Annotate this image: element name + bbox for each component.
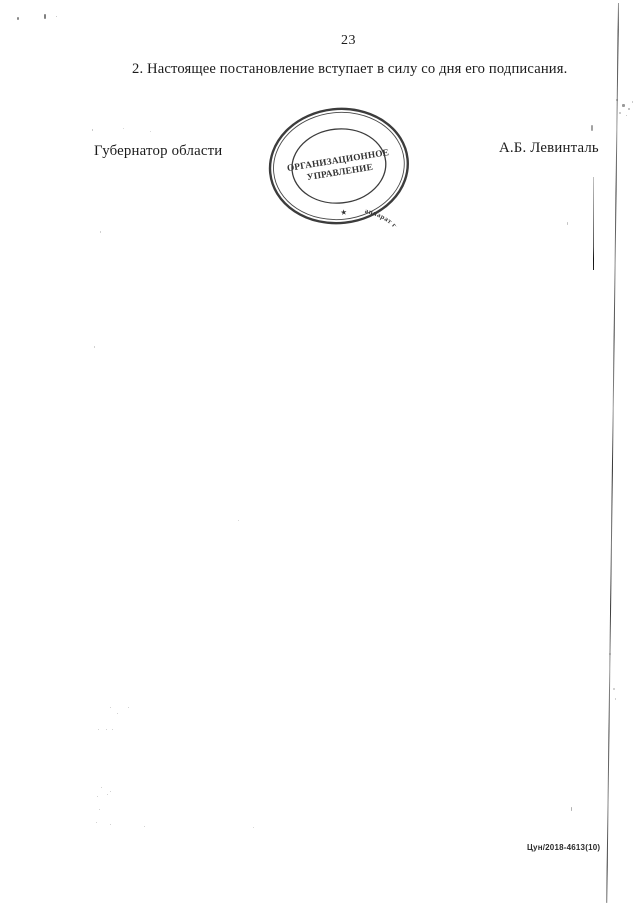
scan-speck (616, 99, 618, 101)
scan-speck (56, 16, 57, 17)
scan-speck (112, 729, 113, 730)
stamp-star-icon: ★ (340, 207, 348, 217)
scan-speck (613, 688, 615, 690)
scan-artifact-short-line (593, 177, 594, 270)
scan-speck (632, 101, 633, 103)
body-paragraph: 2. Настоящее постановление вступает в си… (132, 61, 567, 78)
scan-speck (128, 707, 129, 708)
signature-title: Губернатор области (94, 143, 222, 160)
scan-speck (150, 131, 151, 132)
scan-speck (94, 346, 95, 348)
scan-speck (106, 729, 107, 730)
scan-speck (96, 822, 97, 823)
scan-speck (238, 520, 239, 521)
signature-name: А.Б. Левинталь (499, 140, 599, 157)
scan-speck (144, 826, 145, 827)
scan-speck (107, 794, 108, 795)
scan-speck (110, 791, 111, 792)
scan-artifact-vertical-line (606, 3, 619, 903)
scan-speck (609, 653, 611, 655)
scan-speck (117, 713, 118, 714)
scan-speck (628, 108, 630, 110)
scan-speck (17, 17, 19, 20)
document-page: 23 2. Настоящее постановление вступает в… (0, 0, 640, 905)
scan-speck (123, 128, 124, 129)
page-number: 23 (341, 33, 356, 49)
scan-speck (98, 729, 99, 730)
scan-speck (110, 707, 111, 708)
scan-speck (92, 129, 93, 131)
footer-reference: Цун/2018-4613(10) (527, 843, 600, 852)
scan-speck (110, 824, 111, 825)
scan-speck (619, 112, 621, 114)
official-round-stamp: аппарат губернатора и правительства Евре… (257, 94, 422, 239)
scan-speck (571, 807, 572, 811)
scan-speck (99, 809, 100, 810)
scan-speck (253, 827, 254, 828)
scan-speck (622, 104, 625, 107)
scan-speck (615, 698, 616, 700)
scan-speck (567, 222, 568, 225)
scan-speck (626, 115, 627, 116)
scan-speck (100, 231, 101, 233)
scan-speck (591, 125, 593, 131)
scan-speck (97, 796, 98, 797)
scan-speck (44, 14, 46, 19)
scan-speck (101, 787, 102, 788)
